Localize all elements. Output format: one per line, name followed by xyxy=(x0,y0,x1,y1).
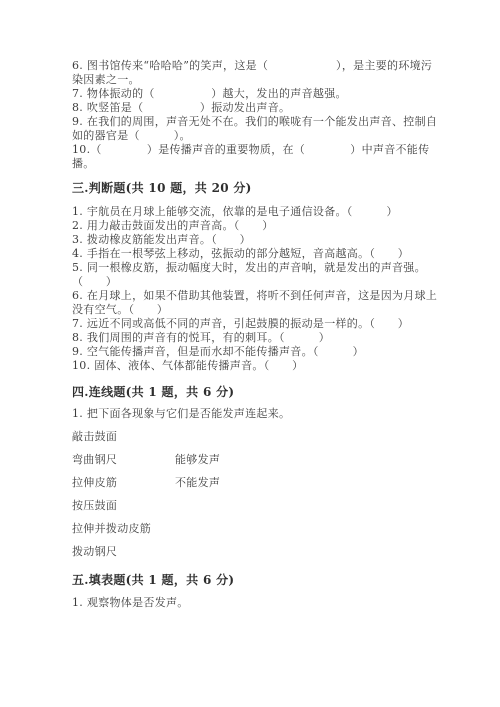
fill-question-9: 9. 在我们的周围，声音无处不在。我们的喉咙有一个能发出声音、控制自如的器官是（… xyxy=(72,115,440,143)
match-row: 拉伸皮筋 不能发声 xyxy=(72,476,440,490)
fill-question-8: 8. 吹竖笛是（ ）振动发出声音。 xyxy=(72,101,440,115)
judge-question-6: 6. 在月球上，如果不借助其他装置，将听不到任何声音，这是因为月球上没有空气。（… xyxy=(72,289,440,317)
match-item-left: 弯曲钢尺 xyxy=(72,453,175,467)
judge-question-5: 5. 同一根橡皮筋，振动幅度大时，发出的声音响，就是发出的声音强。（ ） xyxy=(72,261,440,289)
match-item-right xyxy=(175,545,440,559)
match-item-right xyxy=(175,522,440,536)
match-row: 按压鼓面 xyxy=(72,499,440,513)
match-row: 弯曲钢尺 能够发声 xyxy=(72,453,440,467)
match-item-left: 按压鼓面 xyxy=(72,499,175,513)
match-item-left: 敲击鼓面 xyxy=(72,430,175,444)
judge-question-4: 4. 手指在一根琴弦上移动，弦振动的部分越短，音高越高。（ ） xyxy=(72,247,440,261)
judge-question-9: 9. 空气能传播声音，但是而水却不能传播声音。（ ） xyxy=(72,345,440,359)
match-item-right: 能够发声 xyxy=(175,453,440,467)
match-item-right xyxy=(175,499,440,513)
judge-question-10: 10. 固体、液体、气体都能传播声音。（ ） xyxy=(72,359,440,373)
judge-question-2: 2. 用力敲击鼓面发出的声音高。（ ） xyxy=(72,219,440,233)
fill-question-10: 10.（ ）是传播声音的重要物质，在（ ）中声音不能传播。 xyxy=(72,143,440,171)
exam-content: 6. 图书馆传来“哈哈哈”的笑声，这是（ ），是主要的环境污染因素之一。 7. … xyxy=(72,59,440,610)
match-item-left: 拨动钢尺 xyxy=(72,545,175,559)
judge-question-3: 3. 拨动橡皮筋能发出声音。（ ） xyxy=(72,233,440,247)
match-row: 拨动钢尺 xyxy=(72,545,440,559)
fill-question-6: 6. 图书馆传来“哈哈哈”的笑声，这是（ ），是主要的环境污染因素之一。 xyxy=(72,59,440,87)
judge-question-1: 1. 宇航员在月球上能够交流，依靠的是电子通信设备。（ ） xyxy=(72,205,440,219)
section-title-judge: 三.判断题(共 10 题，共 20 分) xyxy=(72,181,440,195)
match-item-left: 拉伸皮筋 xyxy=(72,476,175,490)
judge-question-7: 7. 远近不同或高低不同的声音，引起鼓膜的振动是一样的。（ ） xyxy=(72,317,440,331)
match-row: 拉伸并拨动皮筋 xyxy=(72,522,440,536)
match-prompt: 1. 把下面各现象与它们是否能发声连起来。 xyxy=(72,407,440,421)
table-prompt: 1. 观察物体是否发声。 xyxy=(72,596,440,610)
match-item-left: 拉伸并拨动皮筋 xyxy=(72,522,175,536)
exam-page: 6. 图书馆传来“哈哈哈”的笑声，这是（ ），是主要的环境污染因素之一。 7. … xyxy=(0,0,500,707)
section-title-match: 四.连线题(共 1 题，共 6 分) xyxy=(72,385,440,399)
match-item-right xyxy=(175,430,440,444)
fill-question-7: 7. 物体振动的（ ）越大，发出的声音越强。 xyxy=(72,87,440,101)
match-row: 敲击鼓面 xyxy=(72,430,440,444)
match-item-right: 不能发声 xyxy=(175,476,440,490)
judge-question-8: 8. 我们周围的声音有的悦耳，有的刺耳。（ ） xyxy=(72,331,440,345)
section-title-table: 五.填表题(共 1 题，共 6 分) xyxy=(72,573,440,587)
